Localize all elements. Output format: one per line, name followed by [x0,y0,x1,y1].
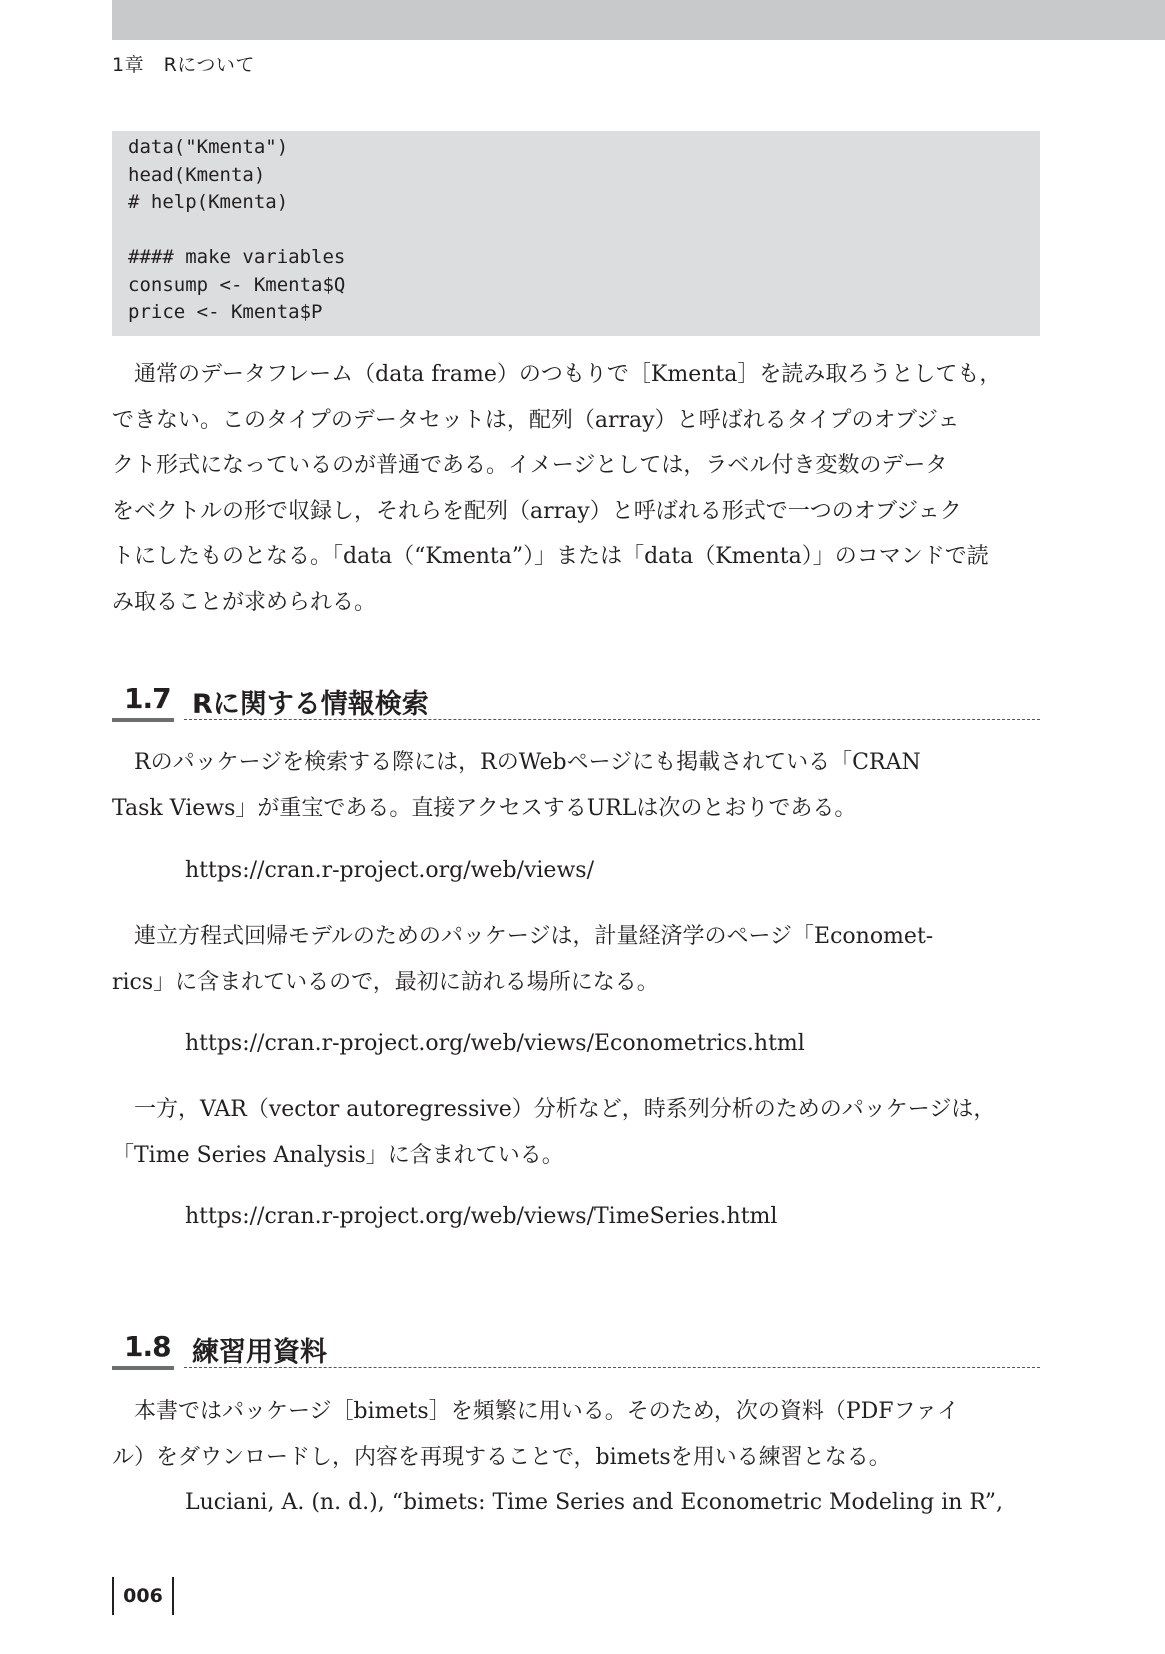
paragraph-line: クト形式になっているのが普通である。イメージとしては，ラベル付き変数のデータ [112,443,1040,489]
chapter-label: 1章 Rについて [112,50,255,77]
paragraph-line: 通常のデータフレーム（data frame）のつもりで［Kmenta］を読み取ろ… [112,352,1040,398]
section-1-7-paragraph-2: 連立方程式回帰モデルのためのパッケージは，計量経済学のページ「Economet-… [112,914,1040,1005]
code-line: # help(Kmenta) [128,189,1040,217]
heading-underline-bar [112,1366,174,1370]
section-1-8-paragraph-1: 本書ではパッケージ［bimets］を頻繁に用いる。そのため，次の資料（PDFファ… [112,1389,1040,1480]
running-header-bar [112,0,1165,40]
paragraph-line: Task Views」が重宝である。直接アクセスするURLは次のとおりである。 [112,786,1040,832]
code-line: #### make variables [128,244,1040,272]
section-number: 1.7 [124,682,171,715]
paragraph-line: トにしたものとなる。「data（“Kmenta”）」または「data（Kment… [112,534,1040,580]
paragraph-line: 連立方程式回帰モデルのためのパッケージは，計量経済学のページ「Economet- [112,914,1040,960]
heading-dashed-rule [184,719,1040,720]
reference-entry: Luciani, A. (n. d.), “bimets: Time Serie… [112,1480,1040,1526]
section-title: Rに関する情報検索 [192,682,429,721]
section-number: 1.8 [124,1330,171,1363]
url-time-series[interactable]: https://cran.r-project.org/web/views/Tim… [185,1204,777,1229]
paragraph-line: できない。このタイプのデータセットは，配列（array）と呼ばれるタイプのオブジ… [112,398,1040,444]
section-heading-1-8: 1.8 練習用資料 [112,1330,1040,1374]
heading-underline-bar [112,718,174,722]
paragraph-line: 本書ではパッケージ［bimets］を頻繁に用いる。そのため，次の資料（PDFファ… [112,1389,1040,1435]
paragraph-line: 一方，VAR（vector autoregressive）分析など，時系列分析の… [112,1087,1040,1133]
intro-paragraph: 通常のデータフレーム（data frame）のつもりで［Kmenta］を読み取ろ… [112,352,1040,625]
section-1-7-paragraph-3: 一方，VAR（vector autoregressive）分析など，時系列分析の… [112,1087,1040,1178]
page-number: 006 [112,1577,174,1615]
paragraph-line: をベクトルの形で収録し，それらを配列（array）と呼ばれる形式で一つのオブジェ… [112,489,1040,535]
paragraph-line: 「Time Series Analysis」に含まれている。 [112,1133,1040,1179]
code-line [128,217,1040,245]
section-1-7-paragraph-1: Rのパッケージを検索する際には，RのWebページにも掲載されている「CRAN T… [112,740,1040,831]
code-block: data("Kmenta") head(Kmenta) # help(Kment… [112,131,1040,336]
code-line: consump <- Kmenta$Q [128,272,1040,300]
heading-dashed-rule [184,1367,1040,1368]
code-line: head(Kmenta) [128,162,1040,190]
url-cran-task-views[interactable]: https://cran.r-project.org/web/views/ [185,858,594,883]
paragraph-line: rics」に含まれているので，最初に訪れる場所になる。 [112,960,1040,1006]
paragraph-line: み取ることが求められる。 [112,580,1040,626]
code-line: price <- Kmenta$P [128,299,1040,327]
section-heading-1-7: 1.7 Rに関する情報検索 [112,682,1040,726]
code-line: data("Kmenta") [128,134,1040,162]
paragraph-line: Rのパッケージを検索する際には，RのWebページにも掲載されている「CRAN [112,740,1040,786]
section-title: 練習用資料 [192,1330,327,1369]
reference-text: Luciani, A. (n. d.), “bimets: Time Serie… [185,1480,1040,1526]
url-econometrics[interactable]: https://cran.r-project.org/web/views/Eco… [185,1031,805,1056]
paragraph-line: ル）をダウンロードし，内容を再現することで，bimetsを用いる練習となる。 [112,1435,1040,1481]
